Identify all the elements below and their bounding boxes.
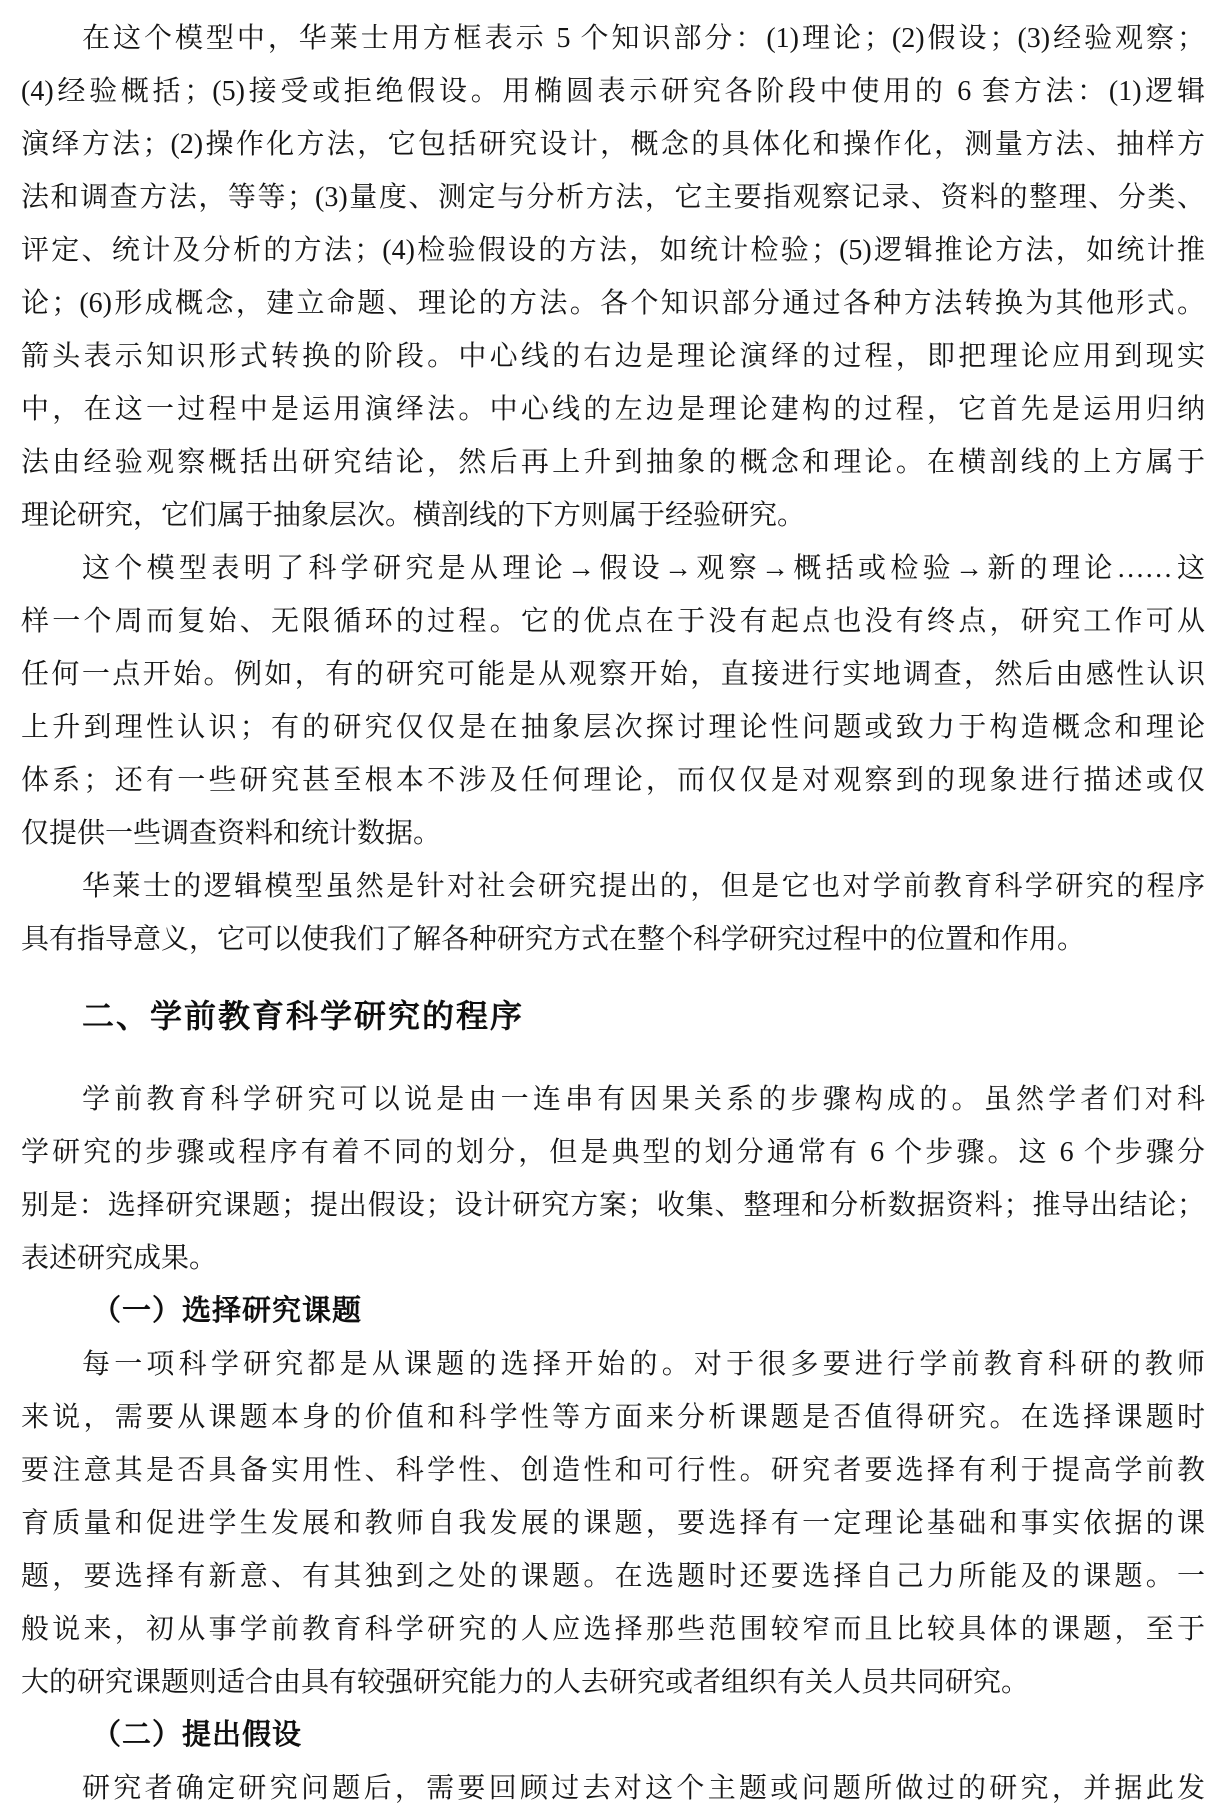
text-line: 般说来，初从事学前教育科学研究的人应选择那些范围较窄而且比较具体的课题，至于	[21, 1603, 1205, 1656]
text-line: 来说，需要从课题本身的价值和科学性等方面来分析课题是否值得研究。在选择课题时	[21, 1391, 1205, 1444]
text-line: 体系；还有一些研究甚至根本不涉及任何理论，而仅仅是对观察到的现象进行描述或仅	[21, 754, 1205, 807]
paragraph-research-cycle: 这个模型表明了科学研究是从理论→假设→观察→概括或检验→新的理论……这 样一个周…	[21, 542, 1205, 860]
text-line: (4)经验概括；(5)接受或拒绝假设。用椭圆表示研究各阶段中使用的 6 套方法：…	[21, 65, 1205, 118]
text-line: 研究者确定研究问题后，需要回顾过去对这个主题或问题所做过的研究，并据此发	[21, 1762, 1205, 1815]
text-line: 具有指导意义，它可以使我们了解各种研究方式在整个科学研究过程中的位置和作用。	[21, 913, 1205, 966]
text-line: 表述研究成果。	[21, 1232, 1205, 1285]
text-line: 要注意其是否具备实用性、科学性、创造性和可行性。研究者要选择有利于提高学前教	[21, 1444, 1205, 1497]
text-line: 这个模型表明了科学研究是从理论→假设→观察→概括或检验→新的理论……这	[21, 542, 1205, 595]
text-line: 大的研究课题则适合由具有较强研究能力的人去研究或者组织有关人员共同研究。	[21, 1656, 1205, 1709]
text-line: 法由经验观察概括出研究结论，然后再上升到抽象的概念和理论。在横剖线的上方属于	[21, 436, 1205, 489]
text-line: 箭头表示知识形式转换的阶段。中心线的右边是理论演绎的过程，即把理论应用到现实	[21, 330, 1205, 383]
text-line: 论；(6)形成概念，建立命题、理论的方法。各个知识部分通过各种方法转换为其他形式…	[21, 277, 1205, 330]
text-line: 任何一点开始。例如，有的研究可能是从观察开始，直接进行实地调查，然后由感性认识	[21, 648, 1205, 701]
text-line: 样一个周而复始、无限循环的过程。它的优点在于没有起点也没有终点，研究工作可从	[21, 595, 1205, 648]
text-line: 学研究的步骤或程序有着不同的划分，但是典型的划分通常有 6 个步骤。这 6 个步…	[21, 1126, 1205, 1179]
paragraph-hypothesis: 研究者确定研究问题后，需要回顾过去对这个主题或问题所做过的研究，并据此发	[21, 1762, 1205, 1815]
paragraph-model-significance: 华莱士的逻辑模型虽然是针对社会研究提出的，但是它也对学前教育科学研究的程序 具有…	[21, 860, 1205, 966]
text-line: 评定、统计及分析的方法；(4)检验假设的方法，如统计检验；(5)逻辑推论方法，如…	[21, 224, 1205, 277]
section-heading: 二、学前教育科学研究的程序	[82, 990, 1205, 1043]
subsection-heading-propose-hypothesis: （二）提出假设	[21, 1709, 1205, 1762]
text-line: 理论研究，它们属于抽象层次。横剖线的下方则属于经验研究。	[21, 489, 1205, 542]
subsection-heading-select-topic: （一）选择研究课题	[21, 1285, 1205, 1338]
document-page: 在这个模型中，华莱士用方框表示 5 个知识部分：(1)理论；(2)假设；(3)经…	[0, 0, 1225, 1819]
paragraph-research-steps: 学前教育科学研究可以说是由一连串有因果关系的步骤构成的。虽然学者们对科 学研究的…	[21, 1073, 1205, 1285]
paragraph-wallace-model: 在这个模型中，华莱士用方框表示 5 个知识部分：(1)理论；(2)假设；(3)经…	[21, 12, 1205, 542]
text-line: 中，在这一过程中是运用演绎法。中心线的左边是理论建构的过程，它首先是运用归纳	[21, 383, 1205, 436]
text-line: 上升到理性认识；有的研究仅仅是在抽象层次探讨理论性问题或致力于构造概念和理论	[21, 701, 1205, 754]
text-line: 在这个模型中，华莱士用方框表示 5 个知识部分：(1)理论；(2)假设；(3)经…	[21, 12, 1205, 65]
text-line: 育质量和促进学生发展和教师自我发展的课题，要选择有一定理论基础和事实依据的课	[21, 1497, 1205, 1550]
text-line: 每一项科学研究都是从课题的选择开始的。对于很多要进行学前教育科研的教师	[21, 1338, 1205, 1391]
text-line: 演绎方法；(2)操作化方法，它包括研究设计，概念的具体化和操作化，测量方法、抽样…	[21, 118, 1205, 171]
text-line: 学前教育科学研究可以说是由一连串有因果关系的步骤构成的。虽然学者们对科	[21, 1073, 1205, 1126]
text-line: 法和调查方法，等等；(3)量度、测定与分析方法，它主要指观察记录、资料的整理、分…	[21, 171, 1205, 224]
paragraph-topic-selection: 每一项科学研究都是从课题的选择开始的。对于很多要进行学前教育科研的教师 来说，需…	[21, 1338, 1205, 1709]
text-line: 仅提供一些调查资料和统计数据。	[21, 807, 1205, 860]
text-line: 别是：选择研究课题；提出假设；设计研究方案；收集、整理和分析数据资料；推导出结论…	[21, 1179, 1205, 1232]
text-line: 题，要选择有新意、有其独到之处的课题。在选题时还要选择自己力所能及的课题。一	[21, 1550, 1205, 1603]
text-line: 华莱士的逻辑模型虽然是针对社会研究提出的，但是它也对学前教育科学研究的程序	[21, 860, 1205, 913]
